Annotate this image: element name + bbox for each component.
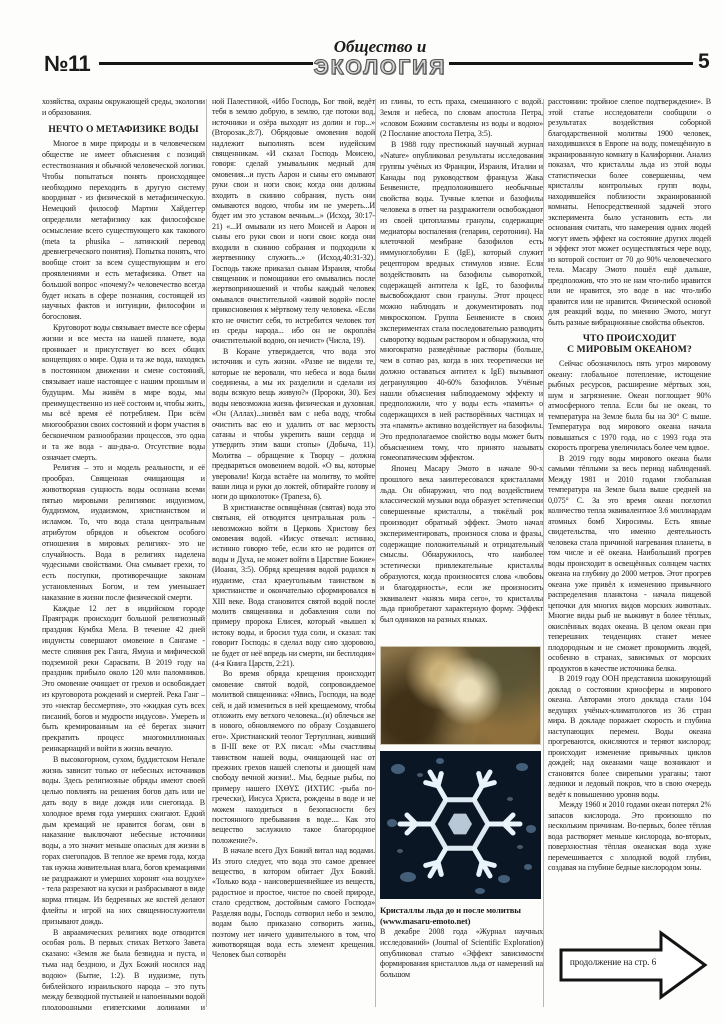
photo-caption: Кристаллы льда до и после молитвы (www.m… [380,905,543,927]
masthead-rule-left [99,62,313,65]
column-4: расстоянии: тройное слепое подтверждение… [548,97,711,1010]
section-heading-metaphysics-of-water: НЕЧТО О МЕТАФИЗИКЕ ВОДЫ [42,125,205,136]
body-paragraph: В начале всего Дух Божий витал над водам… [212,846,375,960]
column-3-text: из глины, то есть праха, смешанного с во… [380,97,543,643]
issue-number: №11 [44,51,90,77]
body-paragraph: В высокогорном, сухом, буддистском Непал… [42,755,205,928]
body-paragraph: В христианстве освящённая (святая) вода … [212,503,375,670]
body-paragraph: Религия – это и модель реальности, и её … [42,463,205,603]
column-3: из глины, то есть праха, смешанного с во… [380,97,543,1010]
column-1: хозяйства, охраны окружающей среды, экол… [42,97,205,1010]
body-paragraph: Японец Масару Эмото в начале 90-х прошло… [380,464,543,626]
lead-in-paragraph: хозяйства, охраны окружающей среды, экол… [42,97,205,119]
body-paragraph: ной Палестиной, «Ибо Господь, Бог твой, … [212,97,375,347]
column-divider [206,99,207,1007]
body-paragraph: Между 1960 и 2010 годами океан потерял 2… [548,800,711,874]
column-divider [375,99,376,1007]
body-paragraph: расстоянии: тройное слепое подтверждение… [548,97,711,328]
body-paragraph: Круговорот воды связывает вместе все сфе… [42,323,205,463]
column-2: ной Палестиной, «Ибо Господь, Бог твой, … [212,97,375,1010]
section-heading-line: ЧТО ПРОИСХОДИТ [548,334,711,345]
photo-ice-crystal-after-prayer [380,751,541,899]
body-paragraph: Во время обряда крещения происходит омов… [212,669,375,846]
masthead-rule-right [449,62,693,65]
masthead-title-top: Общество и [295,38,465,55]
section-heading-line: С МИРОВЫМ ОКЕАНОМ? [548,345,711,356]
body-paragraph: из глины, то есть праха, смешанного с во… [380,97,543,140]
page-number: 5 [698,50,710,74]
body-paragraph: В авраамических религиях воде отводится … [42,928,205,1010]
body-paragraph: Каждые 12 лет в индийском городе Праягра… [42,604,205,755]
body-paragraph: Многое в мире природы и в человеческом о… [42,139,205,323]
body-paragraph: Сейчас обозначилось пять угроз мировому … [548,359,711,454]
masthead-logo: Общество и ЭКОЛОГИЯ [295,38,465,78]
section-heading-world-ocean: ЧТО ПРОИСХОДИТ С МИРОВЫМ ОКЕАНОМ? [548,334,711,355]
body-paragraph: В Коране утверждается, что вода это исто… [212,347,375,503]
body-paragraph: В 1988 году престижный научный журнал «N… [380,140,543,464]
continuation-arrow: продолжение на стр. 6 [558,929,710,1001]
body-paragraph: В декабре 2008 года «Журнал научных иссл… [380,927,543,981]
body-paragraph: В 2019 году ООН представила шокирующий д… [548,674,711,800]
photo-water-before-prayer [380,646,541,745]
continuation-label: продолжение на стр. 6 [564,958,662,968]
body-paragraph: В 2019 году воды мирового океана были са… [548,454,711,675]
masthead-title-bottom: ЭКОЛОГИЯ [295,57,465,78]
column-divider [543,99,544,1007]
